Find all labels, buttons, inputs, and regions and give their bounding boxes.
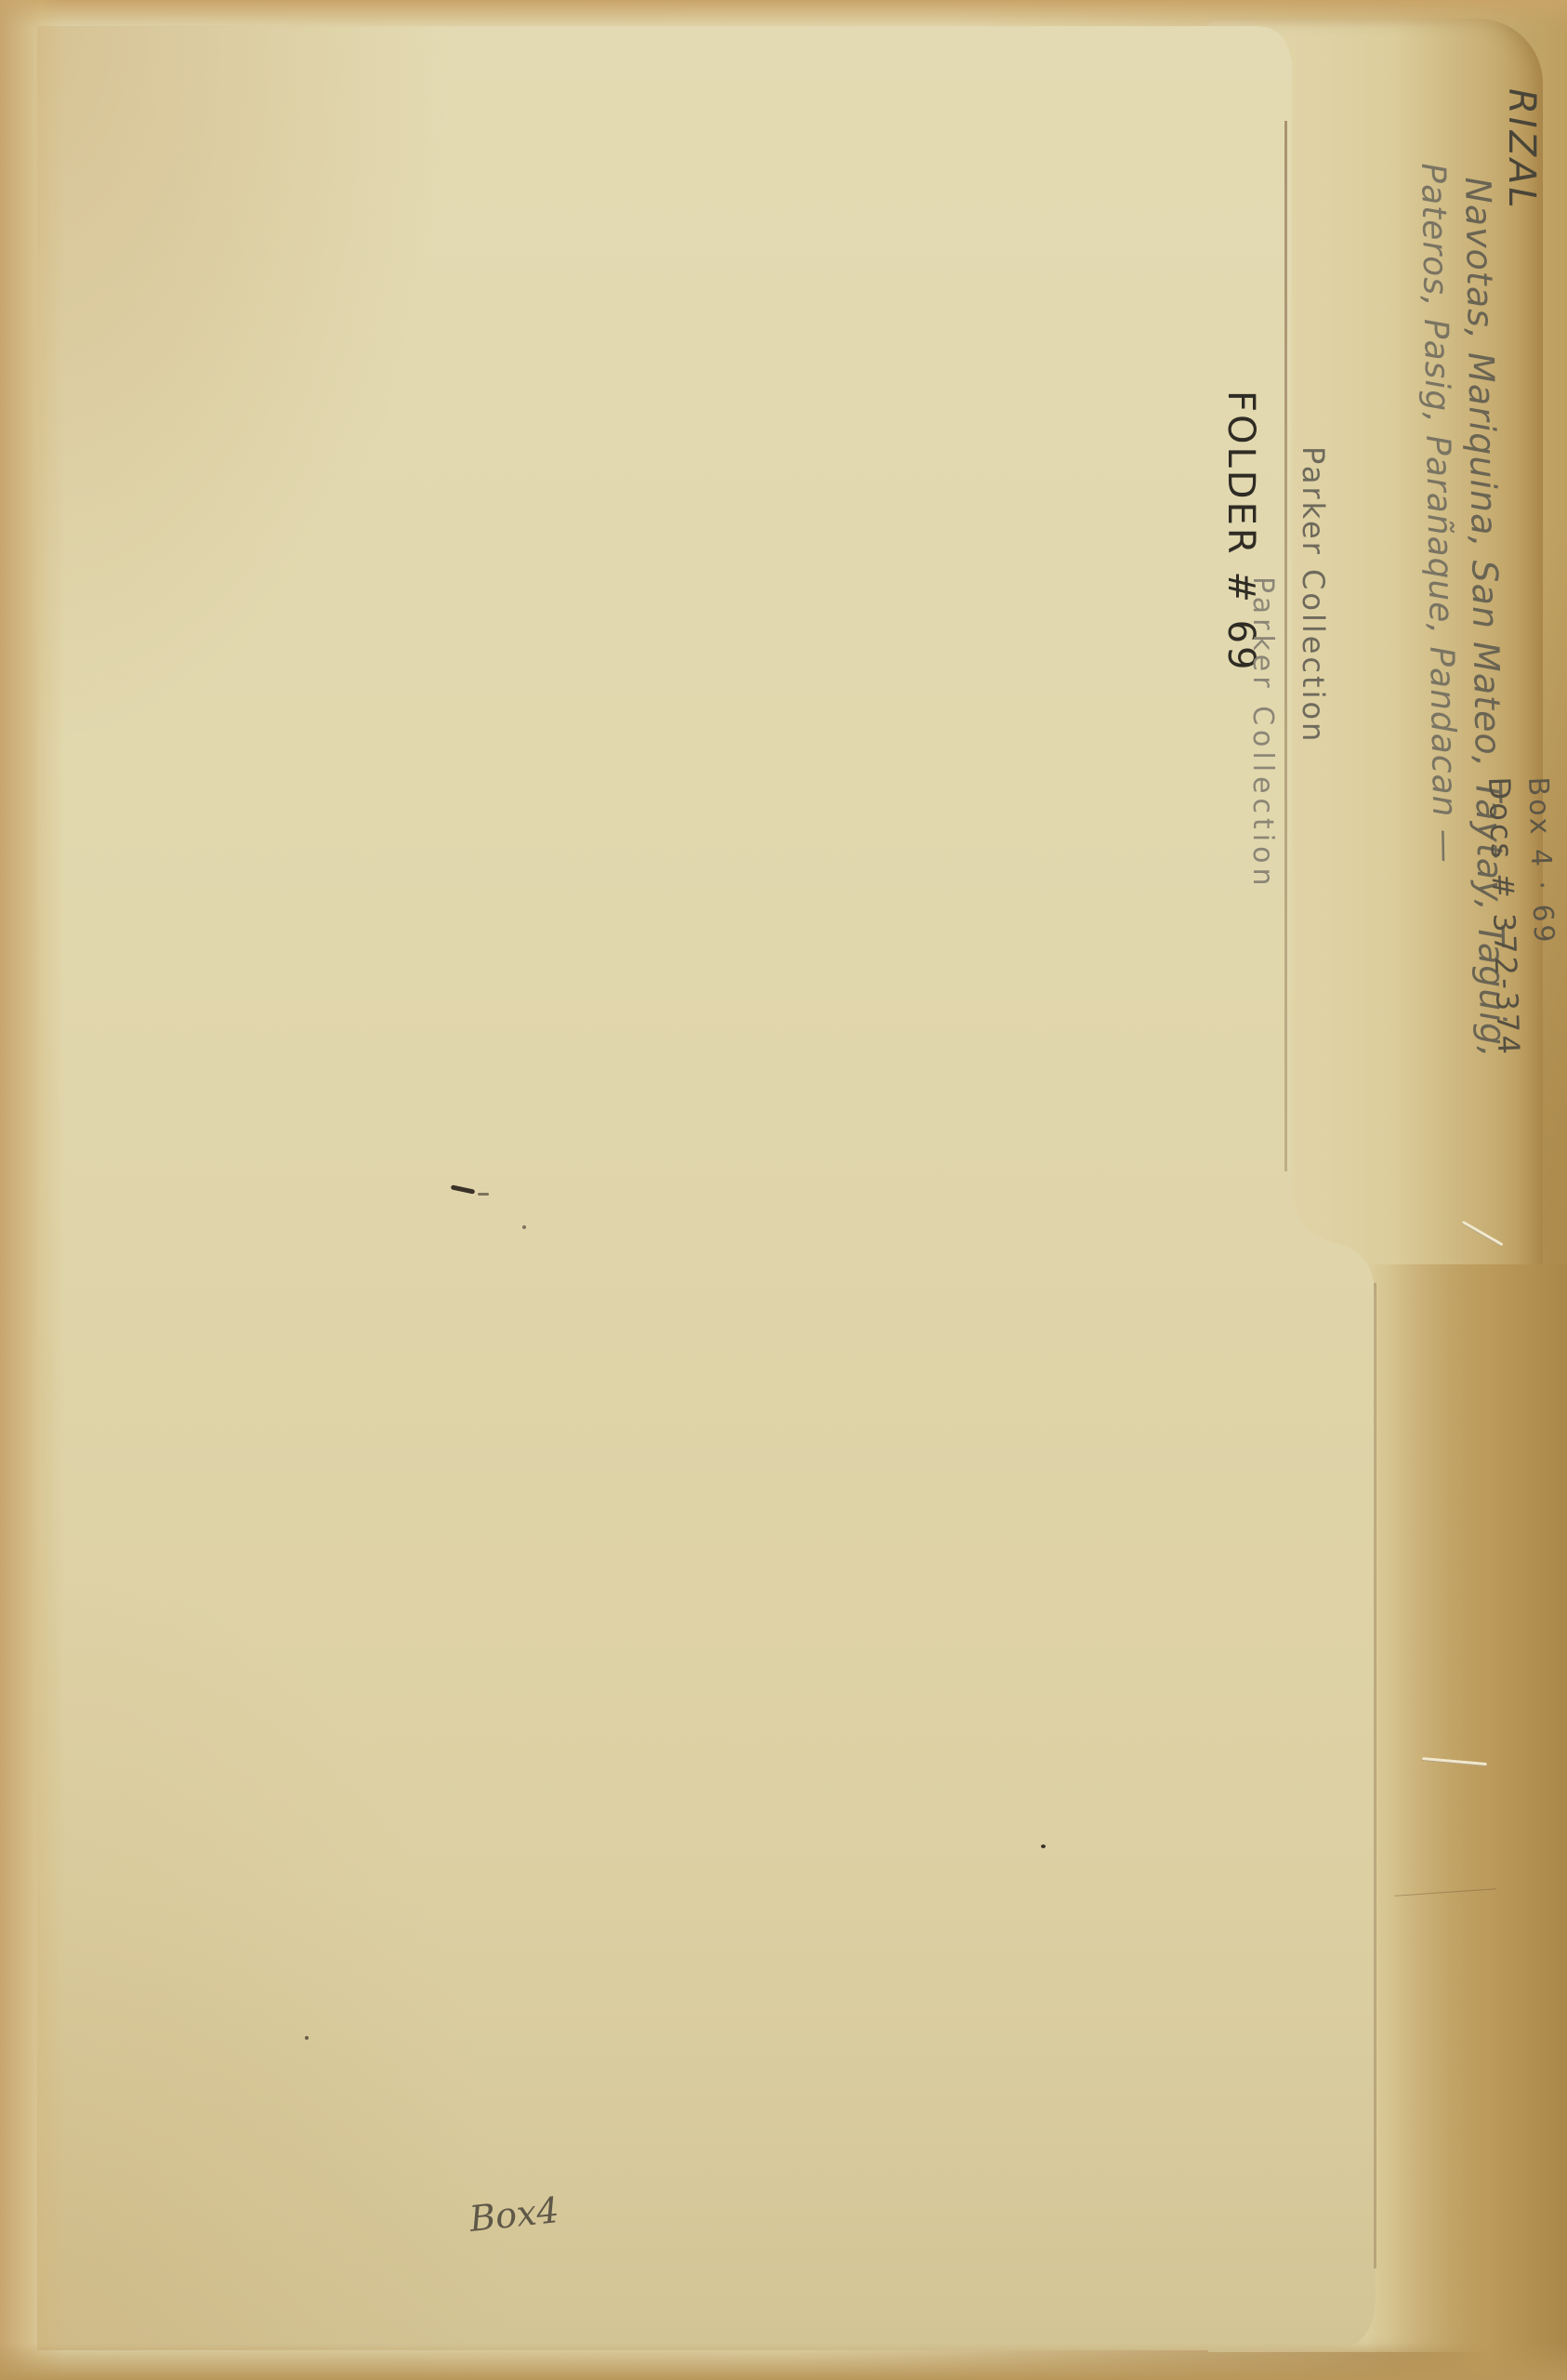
aged-stain-left [0,0,65,2380]
tab-box-reference: Box 4 · 69 [1521,776,1560,945]
ink-dot [1041,1844,1046,1848]
ink-mark [478,1193,489,1196]
aged-stain-top [0,0,1567,28]
aged-stain-bottom [0,2343,1567,2380]
ink-dot [305,2036,309,2040]
folder-edge-line [1284,121,1287,1171]
ink-dot [522,1225,526,1229]
tab-region-label: RIZAL [1500,88,1543,211]
cover-collection-label: Parker Collection [1246,576,1279,890]
tab-collection-label: Parker Collection [1296,446,1331,744]
folder-edge-line-lower [1374,1283,1376,2268]
folder-front-cover [37,26,1376,2350]
folder-back-shadow [1366,1264,1567,2380]
